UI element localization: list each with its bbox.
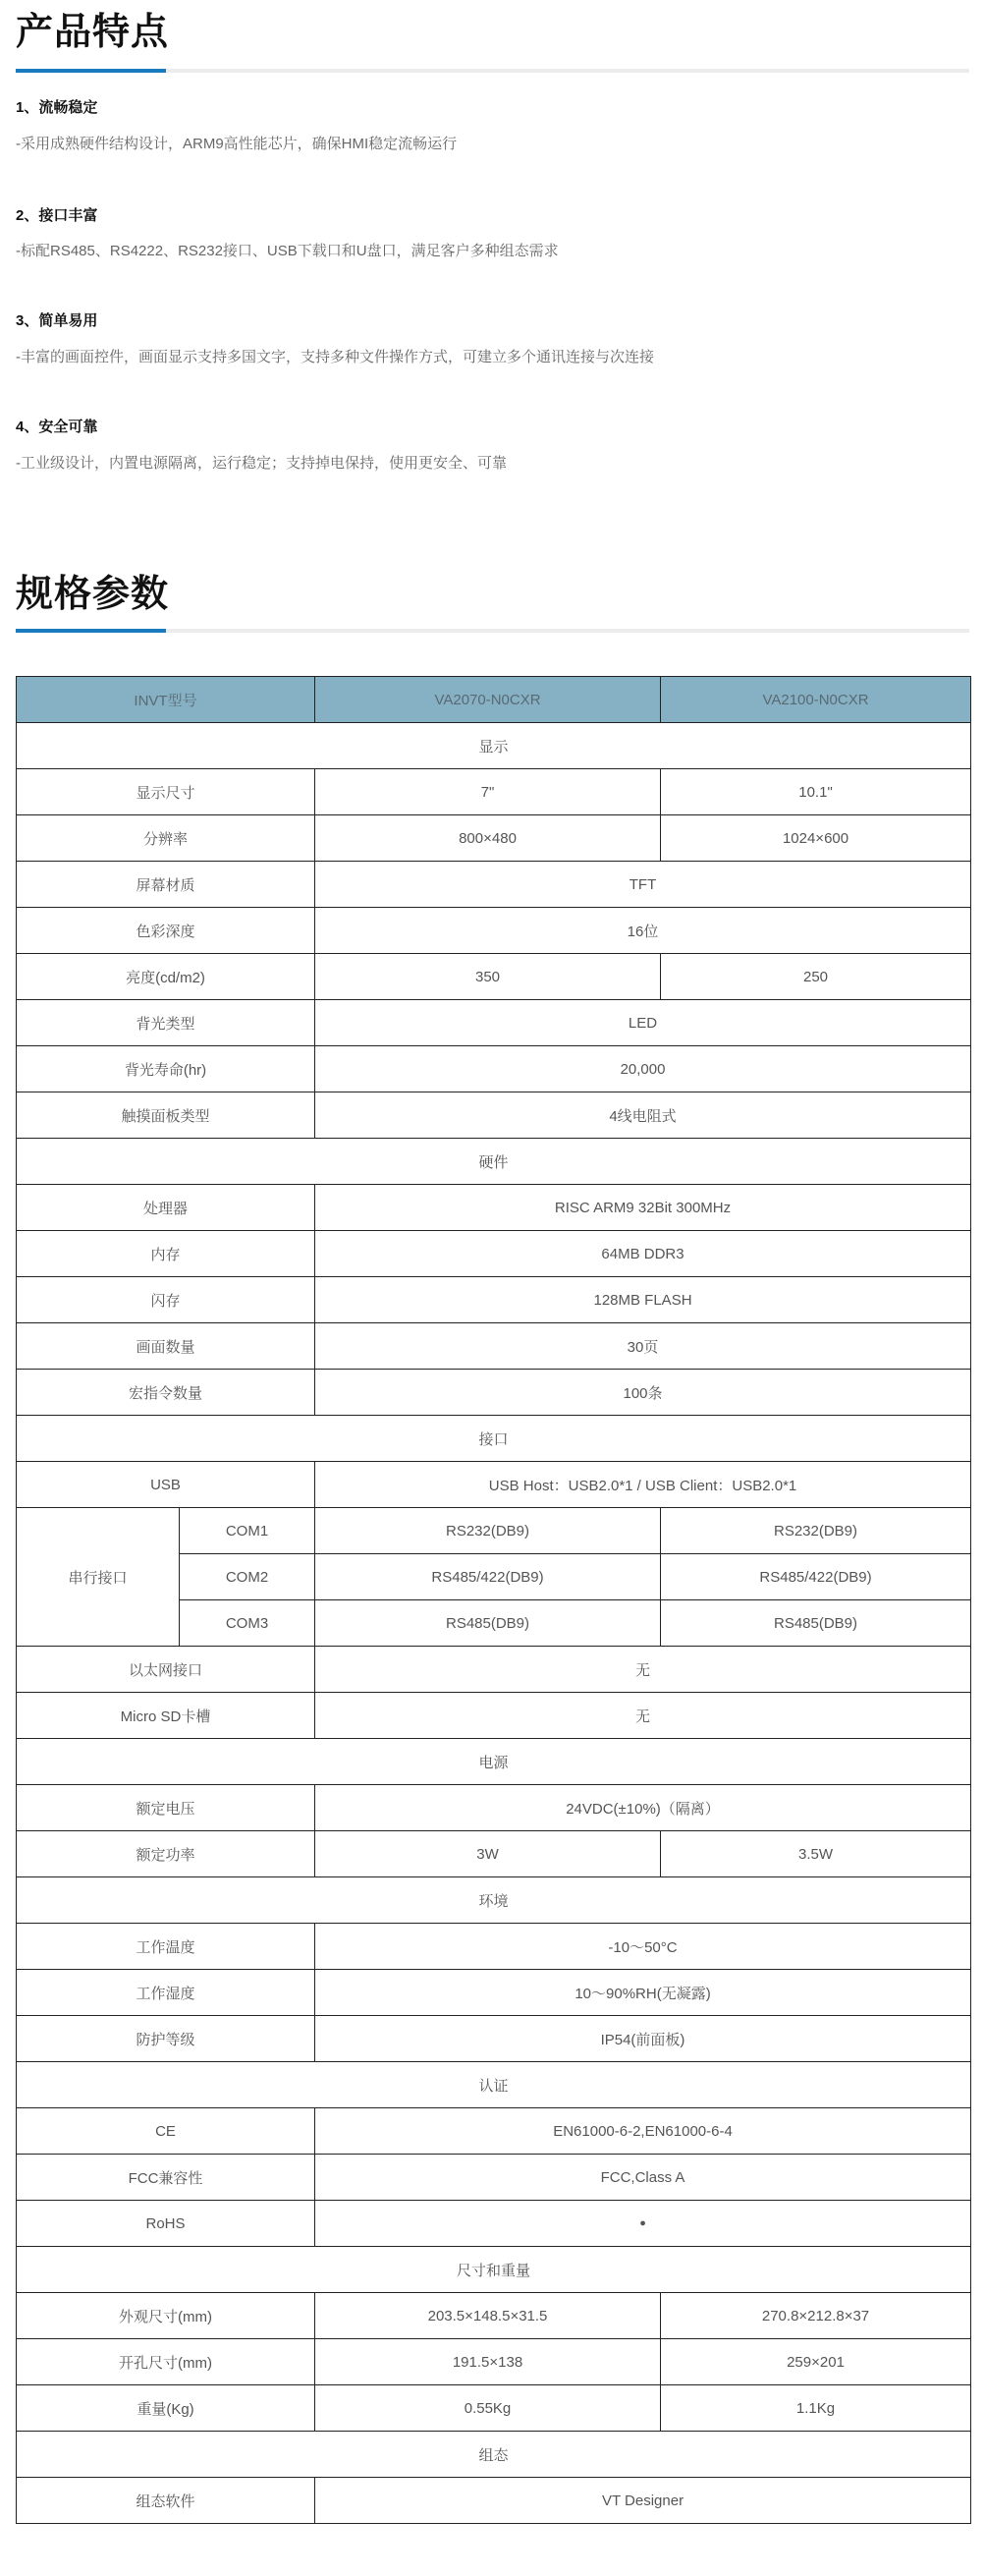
cell-a: 0.55Kg <box>315 2385 661 2432</box>
cell-b: 1.1Kg <box>661 2385 971 2432</box>
group-power: 电源 <box>17 1739 971 1785</box>
cell-b: 270.8×212.8×37 <box>661 2293 971 2339</box>
cell-a: RS485/422(DB9) <box>315 1554 661 1600</box>
row-label: 色彩深度 <box>17 908 315 954</box>
feature-desc-3: -丰富的画面控件，画面显示支持多国文字，支持多种文件操作方式，可建立多个通讯连接… <box>16 346 654 366</box>
table-row: 闪存128MB FLASH <box>17 1277 971 1323</box>
group-row: 硬件 <box>17 1139 971 1185</box>
header-model-a: VA2070-N0CXR <box>315 677 661 723</box>
cell-value: 4线电阻式 <box>315 1092 971 1139</box>
cell-a: RS485(DB9) <box>315 1600 661 1647</box>
table-row: 画面数量30页 <box>17 1323 971 1370</box>
table-row: 内存64MB DDR3 <box>17 1231 971 1277</box>
row-label: 画面数量 <box>17 1323 315 1370</box>
row-label: 工作湿度 <box>17 1970 315 2016</box>
sub-label-com3: COM3 <box>180 1600 315 1647</box>
cell-b: RS485(DB9) <box>661 1600 971 1647</box>
group-display: 显示 <box>17 723 971 769</box>
table-row: 亮度(cd/m2)350250 <box>17 954 971 1000</box>
row-label: 组态软件 <box>17 2478 315 2524</box>
group-interface: 接口 <box>17 1416 971 1462</box>
sub-label-com2: COM2 <box>180 1554 315 1600</box>
row-label: 宏指令数量 <box>17 1370 315 1416</box>
cell-value: -10～50°C <box>315 1924 971 1970</box>
cell-value: 20,000 <box>315 1046 971 1092</box>
row-label: 重量(Kg) <box>17 2385 315 2432</box>
sub-label-com1: COM1 <box>180 1508 315 1554</box>
feature-title-4: 4、安全可靠 <box>16 416 97 436</box>
cell-b: 3.5W <box>661 1831 971 1877</box>
cell-value: 100条 <box>315 1370 971 1416</box>
table-row: USBUSB Host：USB2.0*1 / USB Client：USB2.0… <box>17 1462 971 1508</box>
table-header-row: INVT型号 VA2070-N0CXR VA2100-N0CXR <box>17 677 971 723</box>
header-model-label: INVT型号 <box>17 677 315 723</box>
row-label: 工作温度 <box>17 1924 315 1970</box>
feature-title-2: 2、接口丰富 <box>16 204 97 225</box>
row-label: RoHS <box>17 2201 315 2247</box>
group-row: 环境 <box>17 1877 971 1924</box>
row-label-serial: 串行接口 <box>17 1508 180 1647</box>
spec-title: 规格参数 <box>16 576 169 613</box>
cell-value: 16位 <box>315 908 971 954</box>
table-row: Micro SD卡槽无 <box>17 1693 971 1739</box>
cell-a: 3W <box>315 1831 661 1877</box>
spec-title-underline <box>16 629 969 633</box>
group-row: 接口 <box>17 1416 971 1462</box>
cell-a: 191.5×138 <box>315 2339 661 2385</box>
row-label: 分辨率 <box>17 815 315 862</box>
cell-value: 64MB DDR3 <box>315 1231 971 1277</box>
table-row: 屏幕材质TFT <box>17 862 971 908</box>
table-row: 触摸面板类型4线电阻式 <box>17 1092 971 1139</box>
feature-desc-1: -采用成熟硬件结构设计，ARM9高性能芯片，确保HMI稳定流畅运行 <box>16 133 457 153</box>
cell-value: 10～90%RH(无凝露) <box>315 1970 971 2016</box>
row-label: 显示尺寸 <box>17 769 315 815</box>
table-row: 外观尺寸(mm)203.5×148.5×31.5270.8×212.8×37 <box>17 2293 971 2339</box>
cell-b: RS485/422(DB9) <box>661 1554 971 1600</box>
row-label: 背光寿命(hr) <box>17 1046 315 1092</box>
table-row: 额定电压24VDC(±10%)（隔离） <box>17 1785 971 1831</box>
row-label: 亮度(cd/m2) <box>17 954 315 1000</box>
table-row: 显示尺寸7"10.1" <box>17 769 971 815</box>
cell-value: USB Host：USB2.0*1 / USB Client：USB2.0*1 <box>315 1462 971 1508</box>
cell-a: RS232(DB9) <box>315 1508 661 1554</box>
row-label: 防护等级 <box>17 2016 315 2062</box>
underline-accent <box>16 69 166 73</box>
underline-accent <box>16 629 166 633</box>
table-row: 工作湿度10～90%RH(无凝露) <box>17 1970 971 2016</box>
cell-value: 128MB FLASH <box>315 1277 971 1323</box>
cell-value: 无 <box>315 1693 971 1739</box>
spec-table: INVT型号 VA2070-N0CXR VA2100-N0CXR 显示 显示尺寸… <box>16 676 971 2524</box>
cell-a: 203.5×148.5×31.5 <box>315 2293 661 2339</box>
table-row: 重量(Kg)0.55Kg1.1Kg <box>17 2385 971 2432</box>
row-label: USB <box>17 1462 315 1508</box>
cell-value: 24VDC(±10%)（隔离） <box>315 1785 971 1831</box>
group-row: 显示 <box>17 723 971 769</box>
table-row: 额定功率3W3.5W <box>17 1831 971 1877</box>
row-label: FCC兼容性 <box>17 2155 315 2201</box>
table-row: 串行接口 COM1 RS232(DB9) RS232(DB9) <box>17 1508 971 1554</box>
table-row: 组态软件VT Designer <box>17 2478 971 2524</box>
row-label: 触摸面板类型 <box>17 1092 315 1139</box>
table-row: CEEN61000-6-2,EN61000-6-4 <box>17 2108 971 2155</box>
cell-value: 无 <box>315 1647 971 1693</box>
table-row: 宏指令数量100条 <box>17 1370 971 1416</box>
header-model-b: VA2100-N0CXR <box>661 677 971 723</box>
group-row: 认证 <box>17 2062 971 2108</box>
table-row: 背光寿命(hr)20,000 <box>17 1046 971 1092</box>
row-label: 处理器 <box>17 1185 315 1231</box>
group-hardware: 硬件 <box>17 1139 971 1185</box>
row-label: 内存 <box>17 1231 315 1277</box>
cell-value: 30页 <box>315 1323 971 1370</box>
cell-a: 350 <box>315 954 661 1000</box>
table-row: 防护等级IP54(前面板) <box>17 2016 971 2062</box>
cell-value: LED <box>315 1000 971 1046</box>
group-row: 尺寸和重量 <box>17 2247 971 2293</box>
group-size-weight: 尺寸和重量 <box>17 2247 971 2293</box>
row-label: 额定电压 <box>17 1785 315 1831</box>
cell-a: 7" <box>315 769 661 815</box>
cell-b: 250 <box>661 954 971 1000</box>
cell-value: RISC ARM9 32Bit 300MHz <box>315 1185 971 1231</box>
table-row: FCC兼容性FCC,Class A <box>17 2155 971 2201</box>
features-title: 产品特点 <box>16 14 169 51</box>
row-label: Micro SD卡槽 <box>17 1693 315 1739</box>
feature-title-1: 1、流畅稳定 <box>16 96 97 117</box>
row-label: 额定功率 <box>17 1831 315 1877</box>
cell-value: IP54(前面板) <box>315 2016 971 2062</box>
cell-value: FCC,Class A <box>315 2155 971 2201</box>
table-row: 色彩深度16位 <box>17 908 971 954</box>
group-row: 组态 <box>17 2432 971 2478</box>
table-row: 开孔尺寸(mm)191.5×138259×201 <box>17 2339 971 2385</box>
row-label: 屏幕材质 <box>17 862 315 908</box>
feature-title-3: 3、简单易用 <box>16 309 97 330</box>
table-row: RoHS● <box>17 2201 971 2247</box>
cell-b: 10.1" <box>661 769 971 815</box>
table-row: 处理器RISC ARM9 32Bit 300MHz <box>17 1185 971 1231</box>
feature-desc-4: -工业级设计，内置电源隔离，运行稳定；支持掉电保持，使用更安全、可靠 <box>16 452 507 473</box>
group-row: 电源 <box>17 1739 971 1785</box>
feature-desc-2: -标配RS485、RS4222、RS232接口、USB下载口和U盘口，满足客户多… <box>16 240 559 260</box>
cell-value: TFT <box>315 862 971 908</box>
cell-value: EN61000-6-2,EN61000-6-4 <box>315 2108 971 2155</box>
row-label: 闪存 <box>17 1277 315 1323</box>
row-label: 以太网接口 <box>17 1647 315 1693</box>
row-label: 开孔尺寸(mm) <box>17 2339 315 2385</box>
cell-b: 1024×600 <box>661 815 971 862</box>
cell-b: 259×201 <box>661 2339 971 2385</box>
row-label: 背光类型 <box>17 1000 315 1046</box>
table-row: 以太网接口无 <box>17 1647 971 1693</box>
row-label: CE <box>17 2108 315 2155</box>
group-certification: 认证 <box>17 2062 971 2108</box>
cell-b: RS232(DB9) <box>661 1508 971 1554</box>
table-row: 分辨率800×4801024×600 <box>17 815 971 862</box>
rohs-bullet-icon: ● <box>315 2201 971 2247</box>
group-environment: 环境 <box>17 1877 971 1924</box>
cell-value: VT Designer <box>315 2478 971 2524</box>
features-title-underline <box>16 69 969 73</box>
table-row: 背光类型LED <box>17 1000 971 1046</box>
table-row: 工作温度-10～50°C <box>17 1924 971 1970</box>
row-label: 外观尺寸(mm) <box>17 2293 315 2339</box>
cell-a: 800×480 <box>315 815 661 862</box>
group-config: 组态 <box>17 2432 971 2478</box>
